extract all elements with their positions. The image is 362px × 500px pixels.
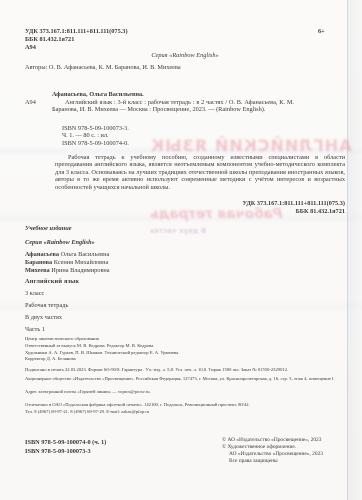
- page-edge-line: [347, 0, 348, 500]
- credits-line: Художники А. А. Гурьев, П. В. Шмаков. Те…: [25, 350, 179, 356]
- edition-notice: Учебное издание: [25, 225, 72, 232]
- catalog-code-top: А94: [25, 44, 36, 51]
- copyright-line: Все права защищены: [229, 458, 278, 465]
- book-title: Английский язык: [25, 278, 79, 285]
- author-full-name: Баранова Ксения Михайловна: [25, 259, 108, 266]
- publisher-address: Акционерное общество «Издательство «Прос…: [25, 376, 355, 382]
- part-number-line: Часть 1: [25, 326, 45, 333]
- credits-line: Корректор Д. А. Белянова: [25, 356, 76, 362]
- author-given-name: Ксения Михайловна: [52, 259, 108, 266]
- udk-code-top: УДК 373.167.1:811.111+811.111(075.3): [25, 28, 128, 35]
- series-italic: Серия «Rainbow English»: [25, 239, 95, 246]
- isbn-full-line: ISBN 978-5-09-100073-3: [25, 448, 91, 455]
- subtitle-line: Рабочая тетрадь: [25, 302, 68, 309]
- annotation-paragraph: Рабочая тетрадь к учебному пособию, созд…: [55, 154, 345, 191]
- catalog-isbn-1: ISBN 978-5-09-100073-3.: [62, 125, 129, 132]
- author-given-name: Ирина Владимировна: [50, 267, 110, 274]
- catalog-entry: Английский язык : 3-й класс : рабочая те…: [52, 99, 294, 114]
- author-full-name: Афанасьева Ольга Васильевна: [25, 251, 109, 258]
- book-imprint-page: АНГЛИЙСКИЙ ЯЗЫК Рабочая тетрадь В двух ч…: [0, 0, 362, 500]
- bbk-code-top: ББК 81.432.1я721: [25, 36, 74, 43]
- catalog-part-line: Ч. 1. — 80 с. : ил.: [62, 132, 109, 139]
- print-run-info: Подписано в печать 22.03.2023. Формат 60…: [25, 367, 288, 373]
- series-line: Серия «Rainbow English»: [25, 52, 345, 59]
- copyright-line: © АО «Издательство «Просвещение», 2023: [222, 437, 321, 444]
- credits-line: Ответственный за выпуск М. В. Кедрова. Р…: [25, 343, 154, 349]
- udk-code-bottom: УДК 373.167.1:811.111+811.111(075.3): [242, 200, 345, 207]
- copyright-line: АО «Издательство «Просвещение», 2023: [229, 451, 323, 458]
- author-surname: Баранова: [25, 259, 52, 266]
- credits-line: Центр лингвистического образования: [25, 336, 99, 342]
- showthrough-parts-text: В двух частях: [150, 227, 206, 235]
- copyright-line: © Художественное оформление.: [222, 444, 296, 451]
- age-rating-badge: 6+: [318, 28, 325, 35]
- author-surname: Афанасьева: [25, 251, 59, 258]
- parts-line: В двух частях: [25, 314, 62, 321]
- printed-at-line: Отпечатано в ОАО «Подольская фабрика офс…: [25, 402, 250, 408]
- grade-line: 3 класс: [25, 290, 44, 297]
- author-given-name: Ольга Васильевна: [59, 251, 109, 258]
- isbn-part-line: ISBN 978-5-09-100074-0 (ч. 1): [25, 439, 106, 446]
- catalog-isbn-2: ISBN 978-5-09-100074-0.: [62, 140, 129, 147]
- catalog-author-heading: Афанасьева, Ольга Васильевна.: [52, 91, 144, 98]
- showthrough-subtitle-text: Рабочая тетрадь: [150, 206, 282, 222]
- authors-line: Авторы: О. В. Афанасьева, К. М. Баранова…: [25, 64, 181, 71]
- catalog-code: А94: [25, 99, 36, 106]
- author-surname: Михеева: [25, 267, 50, 274]
- hotline-email-line: Адрес электронной почты «Горячей линии» …: [25, 389, 151, 395]
- printer-contacts-line: Тел. 8 (4967) 69-97-21, 8 (4967) 69-97-2…: [25, 409, 149, 415]
- author-full-name: Михеева Ирина Владимировна: [25, 267, 110, 274]
- bbk-code-bottom: ББК 81.432.1я721: [296, 208, 345, 215]
- page-edge-shadow: [348, 0, 362, 500]
- showthrough-title-text: АНГЛИЙСКИЙ ЯЗЫК: [150, 136, 352, 155]
